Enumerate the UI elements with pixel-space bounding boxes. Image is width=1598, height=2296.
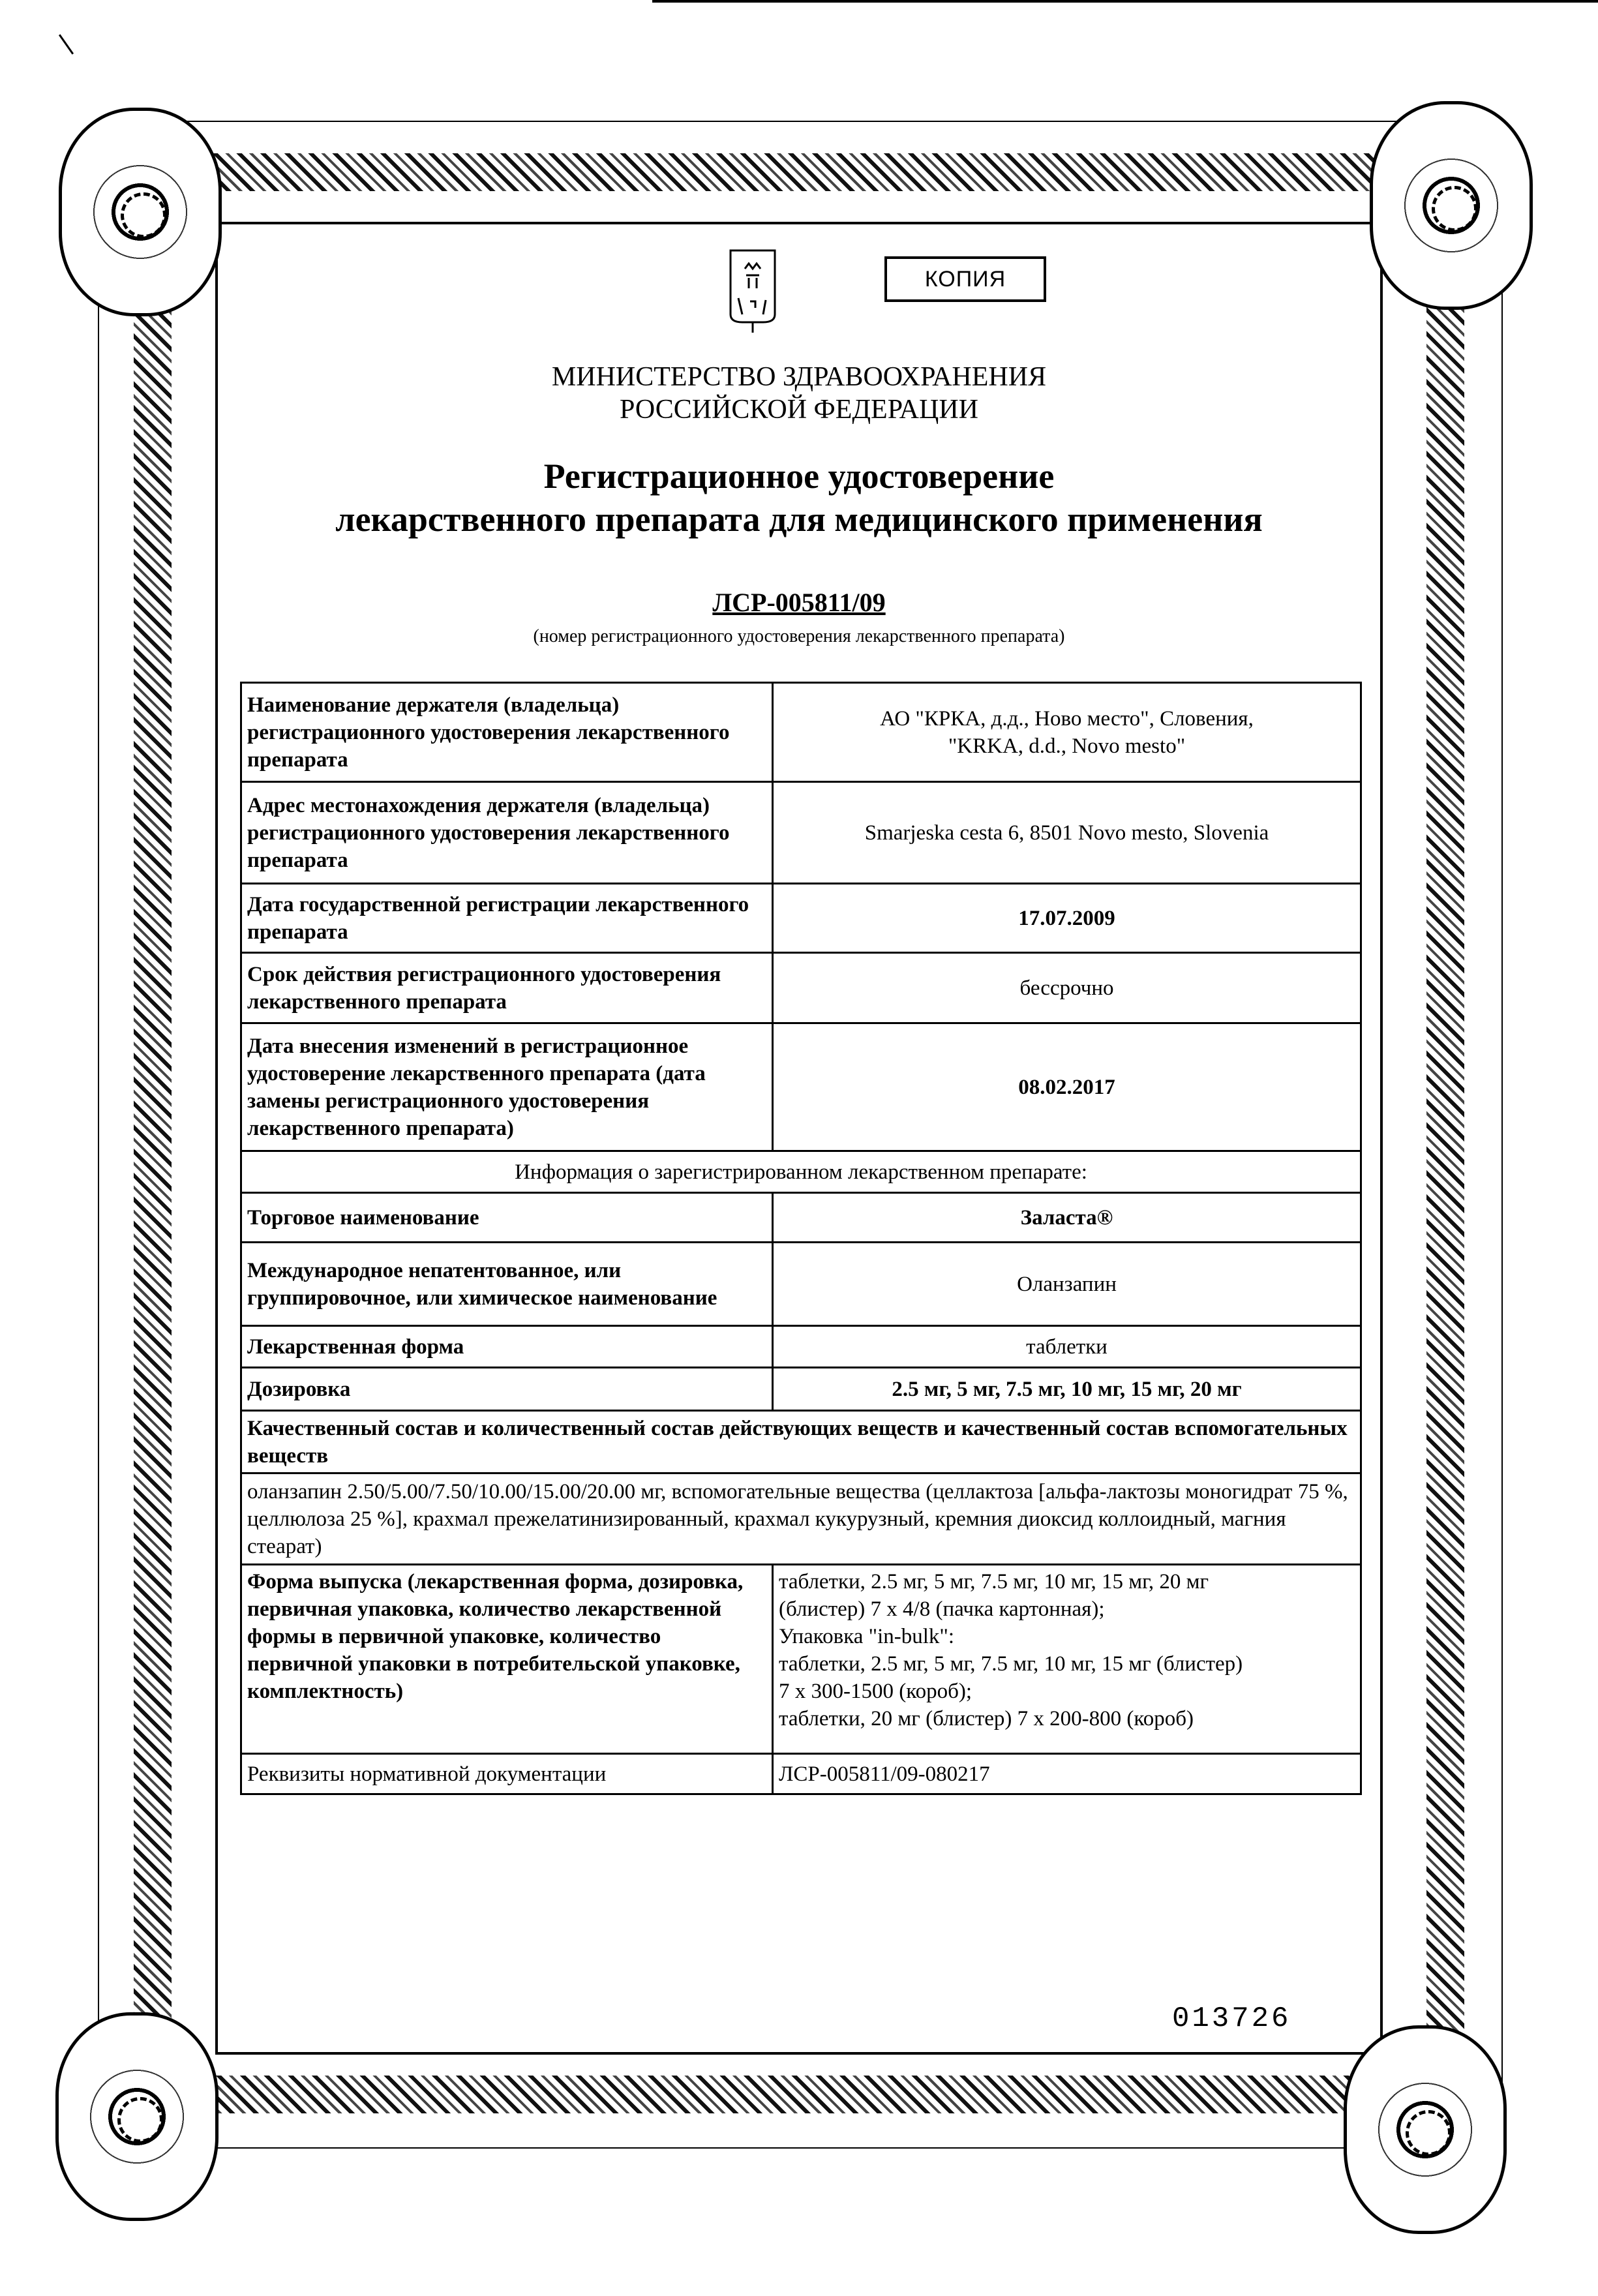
table-row: Дозировка 2.5 мг, 5 мг, 7.5 мг, 10 мг, 1… bbox=[241, 1368, 1361, 1411]
corner-rosette-icon bbox=[1370, 101, 1533, 310]
section-heading: Информация о зарегистрированном лекарств… bbox=[241, 1151, 1361, 1193]
dosage-value: 2.5 мг, 5 мг, 7.5 мг, 10 мг, 15 мг, 20 м… bbox=[773, 1368, 1361, 1411]
holder-name-label: Наименование держателя (владельца) регис… bbox=[241, 683, 773, 782]
table-row: Реквизиты нормативной документации ЛСР-0… bbox=[241, 1754, 1361, 1794]
table-row: Качественный состав и количественный сос… bbox=[241, 1411, 1361, 1473]
table-row: Лекарственная форма таблетки bbox=[241, 1326, 1361, 1368]
holder-address-label: Адрес местонахождения держателя (владель… bbox=[241, 782, 773, 884]
release-form-line: таблетки, 2.5 мг, 5 мг, 7.5 мг, 10 мг, 1… bbox=[779, 1650, 1355, 1678]
release-form-line: таблетки, 2.5 мг, 5 мг, 7.5 мг, 10 мг, 1… bbox=[779, 1568, 1355, 1595]
table-row: Торговое наименование Заласта® bbox=[241, 1193, 1361, 1243]
corner-rosette-icon bbox=[1344, 2025, 1507, 2234]
table-row: Дата государственной регистрации лекарст… bbox=[241, 884, 1361, 953]
amendment-date-value: 08.02.2017 bbox=[773, 1023, 1361, 1151]
release-form-line: Упаковка "in-bulk": bbox=[779, 1623, 1355, 1650]
trade-name-label: Торговое наименование bbox=[241, 1193, 773, 1243]
registration-number-caption: (номер регистрационного удостоверения ле… bbox=[0, 626, 1598, 647]
normative-docs-value: ЛСР-005811/09-080217 bbox=[773, 1754, 1361, 1794]
table-row: Дата внесения изменений в регистрационно… bbox=[241, 1023, 1361, 1151]
ministry-name-line2: РОССИЙСКОЙ ФЕДЕРАЦИИ bbox=[0, 393, 1598, 426]
trade-name-value: Заласта® bbox=[773, 1193, 1361, 1243]
composition-value: оланзапин 2.50/5.00/7.50/10.00/15.00/20.… bbox=[241, 1473, 1361, 1565]
dosage-form-value: таблетки bbox=[773, 1326, 1361, 1368]
dosage-label: Дозировка bbox=[241, 1368, 773, 1411]
registration-number-text: ЛСР-005811/09 bbox=[712, 588, 885, 617]
dosage-form-label: Лекарственная форма bbox=[241, 1326, 773, 1368]
release-form-value: таблетки, 2.5 мг, 5 мг, 7.5 мг, 10 мг, 1… bbox=[773, 1565, 1361, 1754]
holder-address-value: Smarjeska cesta 6, 8501 Novo mesto, Slov… bbox=[773, 782, 1361, 884]
inn-value: Оланзапин bbox=[773, 1243, 1361, 1326]
table-row: Наименование держателя (владельца) регис… bbox=[241, 683, 1361, 782]
composition-label: Качественный состав и количественный сос… bbox=[241, 1411, 1361, 1473]
registration-date-label: Дата государственной регистрации лекарст… bbox=[241, 884, 773, 953]
holder-name-value-line1: АО "КРКА, д.д., Ново место", Словения, bbox=[779, 705, 1355, 733]
inn-label: Международное непатентованное, или групп… bbox=[241, 1243, 773, 1326]
release-form-line: 7 x 300-1500 (короб); bbox=[779, 1678, 1355, 1705]
scan-artifact-mark bbox=[59, 34, 74, 54]
ministry-name-line1: МИНИСТЕРСТВО ЗДРАВООХРАНЕНИЯ bbox=[0, 361, 1598, 393]
document-title-line1: Регистрационное удостоверение bbox=[0, 455, 1598, 498]
release-form-line: таблетки, 20 мг (блистер) 7 x 200-800 (к… bbox=[779, 1705, 1355, 1732]
holder-name-value: АО "КРКА, д.д., Ново место", Словения, "… bbox=[773, 683, 1361, 782]
table-row: оланзапин 2.50/5.00/7.50/10.00/15.00/20.… bbox=[241, 1473, 1361, 1565]
corner-rosette-icon bbox=[59, 108, 222, 316]
serial-number: 013726 bbox=[1172, 2002, 1291, 2035]
table-row: Информация о зарегистрированном лекарств… bbox=[241, 1151, 1361, 1193]
table-row: Адрес местонахождения держателя (владель… bbox=[241, 782, 1361, 884]
validity-value: бессрочно bbox=[773, 953, 1361, 1023]
amendment-date-label: Дата внесения изменений в регистрационно… bbox=[241, 1023, 773, 1151]
certificate-table: Наименование держателя (владельца) регис… bbox=[240, 682, 1362, 1795]
table-row: Срок действия регистрационного удостовер… bbox=[241, 953, 1361, 1023]
registration-date-value: 17.07.2009 bbox=[773, 884, 1361, 953]
release-form-line: (блистер) 7 x 4/8 (пачка картонная); bbox=[779, 1595, 1355, 1623]
holder-name-value-line2: "KRKA, d.d., Novo mesto" bbox=[779, 733, 1355, 760]
table-row: Международное непатентованное, или групп… bbox=[241, 1243, 1361, 1326]
normative-docs-label: Реквизиты нормативной документации bbox=[241, 1754, 773, 1794]
coat-of-arms-icon bbox=[729, 249, 776, 334]
table-row: Форма выпуска (лекарственная форма, дози… bbox=[241, 1565, 1361, 1754]
registration-number: ЛСР-005811/09 bbox=[0, 587, 1598, 618]
release-form-label: Форма выпуска (лекарственная форма, дози… bbox=[241, 1565, 773, 1754]
corner-rosette-icon bbox=[55, 2012, 219, 2221]
scan-edge-line bbox=[652, 0, 1598, 3]
document-title-line2: лекарственного препарата для медицинског… bbox=[0, 498, 1598, 541]
copy-stamp: КОПИЯ bbox=[884, 256, 1046, 302]
validity-label: Срок действия регистрационного удостовер… bbox=[241, 953, 773, 1023]
